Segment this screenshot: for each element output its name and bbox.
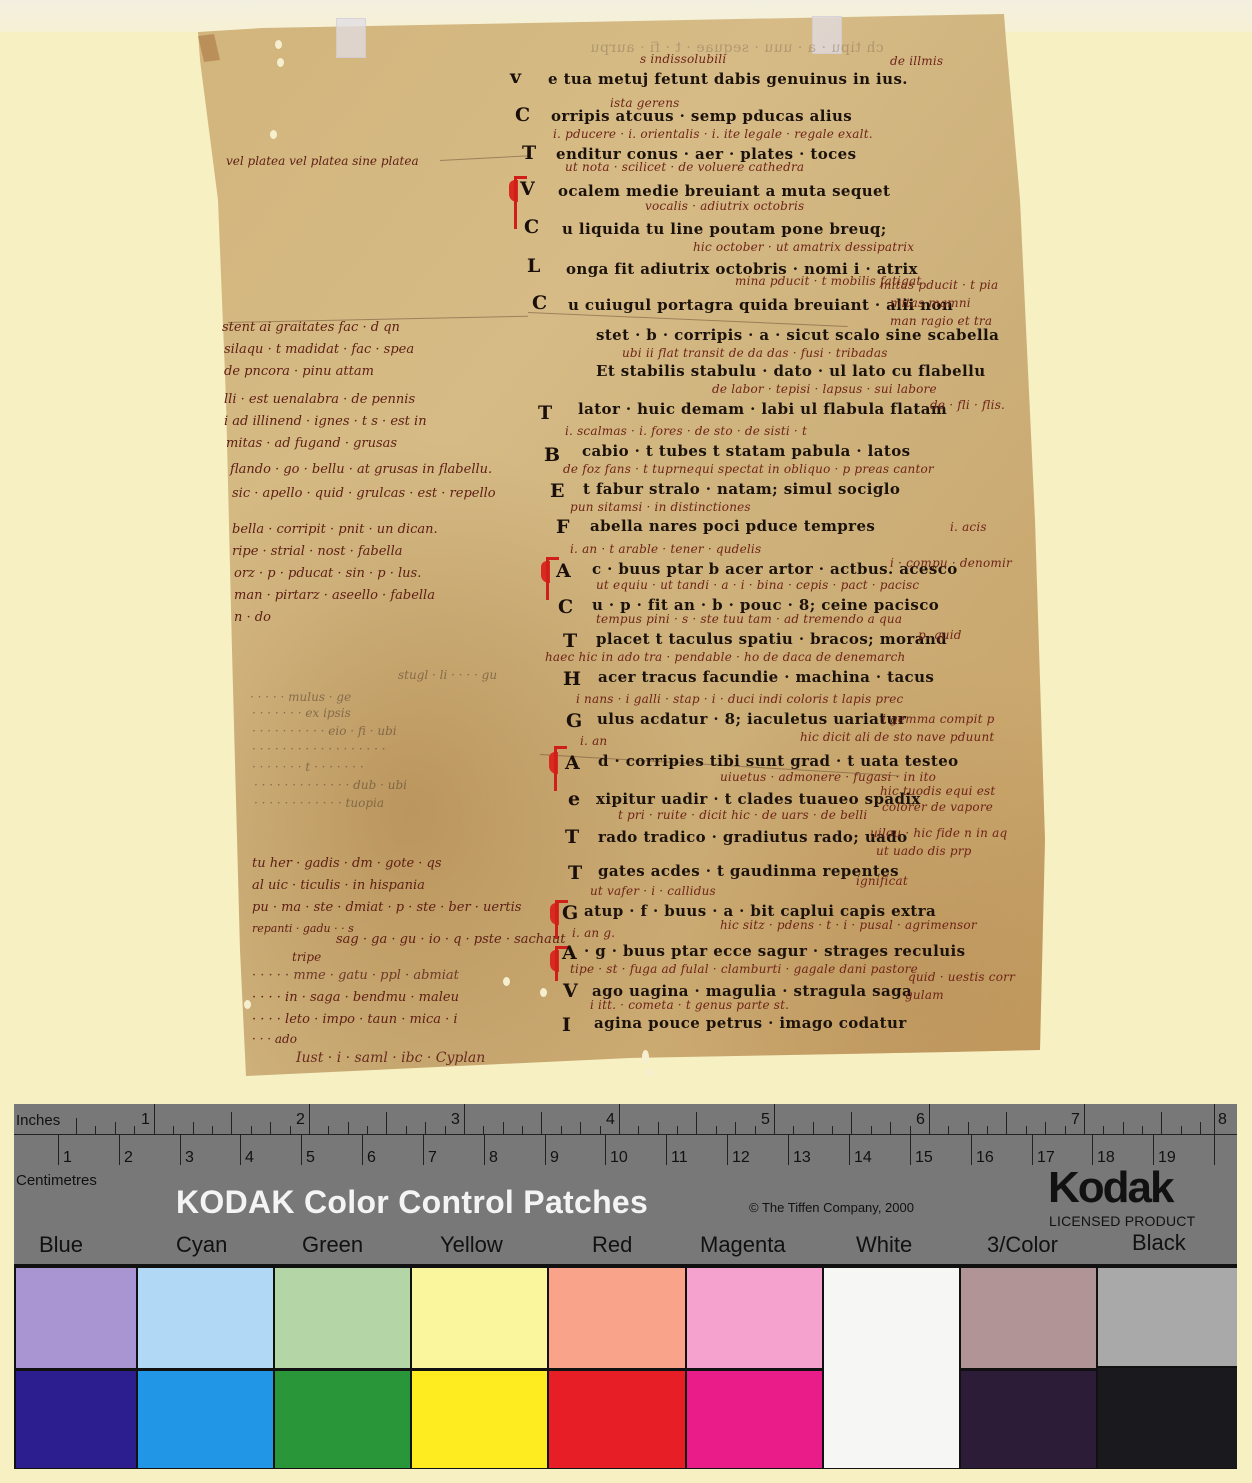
cm-number: 3	[185, 1150, 194, 1166]
kodak-color-card: Inches Centimetres	[14, 1104, 1237, 1266]
patch-green-dark	[275, 1371, 410, 1468]
text-line: orripis atcuus · semp pducas alius	[551, 107, 852, 125]
inch-minor-tick	[367, 1126, 368, 1134]
inch-minor-tick	[716, 1126, 717, 1134]
patch-label-cyan: Cyan	[176, 1232, 227, 1258]
margin-note-line: orz · p · pducat · sin · p · lus.	[234, 566, 421, 581]
inch-minor-tick	[212, 1126, 213, 1134]
cm-tick	[605, 1135, 606, 1165]
cm-tick	[910, 1135, 911, 1165]
cm-tick	[1153, 1135, 1154, 1165]
inch-tick	[1084, 1104, 1085, 1134]
cm-tick	[301, 1135, 302, 1165]
margin-gloss: mitas mamni	[890, 296, 971, 310]
text-line: ulus acdatur · 8; iaculetus uariatur	[597, 710, 906, 728]
interlinear-gloss: i itt. · cometa · t genus parte st.	[590, 998, 789, 1012]
cm-number: 14	[854, 1150, 872, 1166]
margin-gloss: p. quid	[918, 628, 962, 642]
margin-note-line: de pncora · pinu attam	[224, 364, 374, 379]
inch-minor-tick	[1045, 1122, 1046, 1134]
inch-tick	[154, 1104, 155, 1134]
inch-minor-tick	[290, 1126, 291, 1134]
cm-tick	[545, 1135, 546, 1165]
inch-minor-tick	[541, 1112, 542, 1134]
interlinear-gloss: ubi ii flat transit de da das · fusi · t…	[622, 346, 888, 360]
inch-minor-tick	[483, 1126, 484, 1134]
patch-white	[824, 1268, 959, 1468]
inch-minor-tick	[871, 1126, 872, 1134]
inch-minor-tick	[658, 1122, 659, 1134]
patch-label-yellow: Yellow	[440, 1232, 503, 1258]
text-line: e tua metuj fetunt dabis genuinus in ius…	[548, 70, 908, 88]
wormhole	[642, 1050, 649, 1064]
inch-minor-tick	[638, 1126, 639, 1134]
inch-minor-tick	[600, 1126, 601, 1134]
faint-note-line: · · · · · · · · · · · · · dub · ubi	[254, 778, 407, 792]
cm-tick	[58, 1135, 59, 1165]
inch-tick	[1214, 1104, 1215, 1134]
cm-number: 9	[550, 1150, 559, 1166]
inch-number: 1	[141, 1112, 150, 1128]
cm-number: 13	[793, 1150, 811, 1166]
interlinear-gloss: hic october · ut amatrix dessipatrix	[693, 240, 914, 254]
inch-tick	[309, 1104, 310, 1134]
inch-minor-tick	[522, 1126, 523, 1134]
left-margin-note-top: vel platea vel platea sine platea	[226, 154, 419, 168]
text-line: d · corripies tibi sunt grad · t uata te…	[598, 752, 959, 770]
inch-number: 5	[761, 1112, 770, 1128]
inch-minor-tick	[1026, 1126, 1027, 1134]
margin-note-line: flando · go · bellu · at grusas in flabe…	[230, 462, 492, 477]
color-patches	[14, 1264, 1237, 1469]
interlinear-gloss: de foz fans · t tuprnequi spectat in obl…	[563, 462, 934, 476]
patch-green-light	[275, 1268, 410, 1368]
margin-note-line: pu · ma · ste · dmiat · p · ste · ber · …	[252, 900, 521, 915]
manuscript-leaf: ch tipu · a · uuu · sequae · t · fi · au…	[0, 0, 1252, 1090]
cm-tick	[666, 1135, 667, 1165]
line-initial: C	[515, 104, 530, 126]
faint-note-line: · · · · · mulus · ge	[250, 690, 351, 704]
cm-tick	[727, 1135, 728, 1165]
cm-tick	[1032, 1135, 1033, 1165]
line-initial: T	[522, 142, 536, 164]
margin-note-line: tripe	[292, 950, 321, 964]
cm-tick	[849, 1135, 850, 1165]
inch-number: 3	[451, 1112, 460, 1128]
cm-number: 7	[428, 1150, 437, 1166]
patch-3color-dark	[961, 1371, 1096, 1468]
inch-minor-tick	[793, 1126, 794, 1134]
margin-gloss: colorer de vapore	[882, 800, 993, 814]
margin-gloss: hic dicit ali de sto nave pduunt	[800, 730, 994, 744]
cm-tick	[423, 1135, 424, 1165]
interlinear-gloss: tempus pini · s · ste tuu tam · ad treme…	[596, 612, 902, 626]
faint-note-line: stugl · li · · · · gu	[398, 668, 497, 682]
cm-number: 12	[732, 1150, 750, 1166]
interlinear-gloss: vocalis · adiutrix octobris	[645, 199, 804, 213]
inch-minor-tick	[677, 1126, 678, 1134]
interlinear-gloss: ut nota · scilicet · de voluere cathedra	[565, 160, 804, 174]
inch-minor-tick	[1181, 1126, 1182, 1134]
margin-note-line: i ad illinend · ignes · t s · est in	[224, 414, 427, 429]
text-line: agina pouce petrus · imago codatur	[594, 1014, 907, 1032]
bottom-ownership-note: Iust · i · saml · ibc · Cyplan	[296, 1050, 485, 1066]
text-line: cabio · t tubes t statam pabula · latos	[582, 442, 910, 460]
inch-minor-tick	[503, 1122, 504, 1134]
patch-label-green: Green	[302, 1232, 363, 1258]
patch-red-dark	[549, 1371, 685, 1468]
copyright-notice: © The Tiffen Company, 2000	[749, 1200, 914, 1215]
margin-note-line: silaqu · t madidat · fac · spea	[224, 342, 414, 357]
wormhole	[244, 1000, 251, 1009]
line-initial: T	[565, 826, 579, 848]
margin-gloss: hic sitz · pdens · t · i · pusal · agrim…	[720, 918, 977, 932]
margin-gloss: i · compu · denomir	[890, 556, 1012, 570]
patch-label-3color: 3/Color	[987, 1232, 1058, 1258]
inch-minor-tick	[1161, 1112, 1162, 1134]
margin-note-line: sag · ga · gu · io · q · pste · sachaut	[336, 932, 566, 947]
inch-minor-tick	[270, 1122, 271, 1134]
line-initial: e	[568, 788, 580, 810]
cm-tick	[180, 1135, 181, 1165]
inch-minor-tick	[696, 1112, 697, 1134]
interlinear-gloss: t pri · ruite · dicit hic · de uars · de…	[618, 808, 867, 822]
text-line: t fabur stralo · natam; simul sociglo	[583, 480, 900, 498]
inch-minor-tick	[425, 1122, 426, 1134]
cm-number: 16	[976, 1150, 994, 1166]
line-initial: I	[562, 1014, 571, 1036]
patch-red-light	[549, 1268, 685, 1368]
margin-gloss: ignificat	[856, 874, 908, 888]
cm-tick	[788, 1135, 789, 1165]
interlinear-gloss: i. scalmas · i. fores · de sto · de sist…	[565, 424, 807, 438]
inch-minor-tick	[948, 1126, 949, 1134]
faint-note-line: · · · · · · · · · · · · · · · · · ·	[252, 742, 386, 756]
tape-strip-left	[336, 18, 366, 58]
margin-note-line: ripe · strial · nost · fabella	[232, 544, 403, 559]
interlinear-gloss: pun sitamsi · in distinctiones	[570, 500, 751, 514]
patch-blue-dark	[16, 1371, 136, 1468]
margin-gloss: de illmis	[890, 54, 943, 68]
margin-gloss: man ragio et tra	[890, 314, 992, 328]
text-line: gates acdes · t gaudinma repentes	[598, 862, 899, 880]
interlinear-gloss: s indissolubili	[640, 52, 726, 66]
line-initial: A	[565, 752, 580, 774]
line-initial: F	[556, 516, 570, 538]
margin-note-line: sic · apello · quid · grulcas · est · re…	[232, 486, 496, 501]
margin-note-line: mitas · ad fugand · grusas	[226, 436, 397, 451]
faint-note-line: · · · · · · · t · · · · · · ·	[252, 760, 364, 774]
text-line: xipitur uadir · t clades tuaueo spadix	[596, 790, 921, 808]
margin-gloss: i gemma compit p	[882, 712, 995, 726]
inch-number: 4	[606, 1112, 615, 1128]
inch-minor-tick	[813, 1122, 814, 1134]
inch-minor-tick	[1200, 1122, 1201, 1134]
margin-note-line: stent ai graitates fac · d qn	[222, 320, 400, 335]
cm-number: 6	[367, 1150, 376, 1166]
margin-gloss: hic tuodis equi est	[880, 784, 995, 798]
margin-note-line: tu her · gadis · dm · gote · qs	[252, 856, 442, 871]
inch-minor-tick	[1065, 1126, 1066, 1134]
cm-number: 8	[489, 1150, 498, 1166]
inch-minor-tick	[1006, 1112, 1007, 1134]
cm-tick	[1092, 1135, 1093, 1165]
inch-minor-tick	[173, 1126, 174, 1134]
card-title: KODAK Color Control Patches	[176, 1184, 648, 1221]
wormhole	[540, 988, 547, 997]
text-line: stet · b · corripis · a · sicut scalo si…	[596, 326, 999, 344]
inch-minor-tick	[406, 1126, 407, 1134]
cm-tick	[971, 1135, 972, 1165]
text-line: acer tracus facundie · machina · tacus	[598, 668, 934, 686]
line-initial: T	[568, 862, 582, 884]
inch-number: 7	[1071, 1112, 1080, 1128]
margin-gloss: i. acis	[950, 520, 987, 534]
cm-tick	[362, 1135, 363, 1165]
inch-minor-tick	[561, 1126, 562, 1134]
inch-minor-tick	[755, 1126, 756, 1134]
inch-minor-tick	[890, 1122, 891, 1134]
cm-number: 10	[610, 1150, 628, 1166]
margin-note-line: lli · est uenalabra · de pennis	[224, 392, 415, 407]
patch-cyan-light	[138, 1268, 273, 1368]
line-initial: T	[538, 402, 552, 424]
margin-note-line: bella · corripit · pnit · un dican.	[232, 522, 438, 537]
patch-label-magenta: Magenta	[700, 1232, 786, 1258]
text-line: rado tradico · gradiutus rado; uado	[598, 828, 908, 846]
line-initial: T	[563, 630, 577, 652]
margin-note-line: man · pirtarz · aseello · fabella	[234, 588, 435, 603]
inch-minor-tick	[1123, 1122, 1124, 1134]
text-line: lator · huic demam · labi ul flabula fla…	[578, 400, 947, 418]
inch-minor-tick	[251, 1126, 252, 1134]
line-initial: B	[544, 444, 560, 466]
text-line: abella nares poci pduce tempres	[590, 517, 875, 535]
interlinear-gloss: haec hic in ado tra · pendable · ho de d…	[545, 650, 905, 664]
line-initial: G	[562, 902, 578, 924]
margin-gloss: de · fli · flis.	[930, 398, 1005, 412]
inch-tick	[929, 1104, 930, 1134]
text-line: u liquida tu line poutam pone breuq;	[562, 220, 887, 238]
margin-gloss: ut uado dis prp	[876, 844, 972, 858]
margin-note-line: · · · · in · saga · bendmu · maleu	[252, 990, 459, 1005]
margin-note-line: n · do	[234, 610, 271, 625]
patch-label-black: Black	[1132, 1230, 1186, 1256]
patch-cyan-dark	[138, 1371, 273, 1468]
inch-tick	[774, 1104, 775, 1134]
cm-number: 1	[63, 1150, 72, 1166]
inch-minor-tick	[445, 1126, 446, 1134]
inch-minor-tick	[580, 1122, 581, 1134]
inch-number: 8	[1218, 1112, 1227, 1128]
wormhole	[275, 40, 282, 49]
cm-tick	[1214, 1135, 1215, 1165]
line-initial: C	[524, 216, 539, 238]
interlinear-gloss: i nans · i galli · stap · i · duci indi …	[576, 692, 903, 706]
inch-minor-tick	[832, 1126, 833, 1134]
inch-minor-tick	[193, 1122, 194, 1134]
inch-minor-tick	[231, 1112, 232, 1134]
text-line: Et stabilis stabulu · dato · ul lato cu …	[596, 362, 986, 380]
inch-minor-tick	[735, 1122, 736, 1134]
wormhole	[270, 130, 277, 139]
cm-tick	[484, 1135, 485, 1165]
line-initial: G	[566, 710, 582, 732]
patch-black-light	[1098, 1268, 1237, 1366]
wormhole	[503, 977, 510, 986]
margin-gloss: mitas pducit · t pia	[880, 278, 998, 292]
text-line: · g · buus ptar ecce sagur · strages rec…	[584, 942, 965, 960]
cm-number: 11	[671, 1150, 688, 1166]
text-line: ocalem medie breuiant a muta sequet	[558, 182, 890, 200]
faint-note-line: · · · · · · · · · · eio · fi · ubi	[252, 724, 397, 738]
kodak-logo: Kodak	[1048, 1166, 1172, 1210]
cm-number: 5	[306, 1150, 315, 1166]
inches-label: Inches	[16, 1113, 60, 1128]
line-initial: L	[527, 255, 540, 277]
line-initial: V	[563, 980, 578, 1002]
interlinear-gloss: tipe · st · fuga ad fulal · clamburti · …	[570, 962, 918, 976]
inch-minor-tick	[1103, 1126, 1104, 1134]
margin-note-line: al uic · ticulis · in hispania	[252, 878, 425, 893]
inch-tick	[619, 1104, 620, 1134]
margin-note-line: · · · ado	[252, 1032, 297, 1046]
interlinear-gloss: i. an	[580, 734, 607, 748]
cm-tick	[119, 1135, 120, 1165]
patch-magenta-dark	[687, 1371, 822, 1468]
patch-yellow-dark	[412, 1371, 547, 1468]
line-initial: C	[532, 292, 547, 314]
inch-tick	[464, 1104, 465, 1134]
line-initial: C	[558, 596, 573, 618]
margin-gloss: gulam	[905, 988, 944, 1002]
line-initial: v	[510, 66, 521, 88]
margin-gloss: quid · uestis corr	[908, 970, 1015, 984]
wormhole	[277, 58, 284, 67]
inch-minor-tick	[968, 1122, 969, 1134]
cm-number: 15	[915, 1150, 933, 1166]
interlinear-gloss: ut vafer · i · callidus	[590, 884, 716, 898]
inch-minor-tick	[328, 1126, 329, 1134]
faint-note-line: · · · · · · · ex ipsis	[252, 706, 351, 720]
text-line: placet t taculus spatiu · bracos; morand	[596, 630, 947, 648]
show-through-text: ch tipu · a · uuu · sequae · t · fi · au…	[590, 40, 884, 56]
inch-minor-tick	[851, 1112, 852, 1134]
patch-blue-light	[16, 1268, 136, 1368]
line-initial: A	[556, 560, 571, 582]
patch-label-blue: Blue	[39, 1232, 83, 1258]
patch-black-dark	[1098, 1368, 1237, 1468]
inch-minor-tick	[134, 1126, 135, 1134]
cm-tick	[240, 1135, 241, 1165]
inch-minor-tick	[115, 1122, 116, 1134]
licensed-product-label: LICENSED PRODUCT	[1049, 1213, 1195, 1229]
inch-minor-tick	[76, 1118, 77, 1134]
margin-note-line: · · · · · mme · gatu · ppl · abmiat	[252, 968, 459, 983]
patch-magenta-light	[687, 1268, 822, 1368]
line-initial: E	[550, 480, 564, 502]
faint-note-line: · · · · · · · · · · · · tuopia	[254, 796, 384, 810]
interlinear-gloss: i. pducere · i. orientalis · i. ite lega…	[553, 127, 873, 141]
inch-minor-tick	[386, 1112, 387, 1134]
inch-minor-tick	[348, 1122, 349, 1134]
patch-label-white: White	[856, 1232, 912, 1258]
interlinear-gloss: de labor · tepisi · lapsus · sui labore	[712, 382, 937, 396]
inch-minor-tick	[1142, 1126, 1143, 1134]
patch-label-red: Red	[592, 1232, 632, 1258]
interlinear-gloss: i. an g.	[572, 926, 615, 940]
inch-number: 2	[296, 1112, 305, 1128]
line-initial: H	[563, 668, 581, 690]
interlinear-gloss: uiuetus · admonere · fugasi · in ito	[720, 770, 936, 784]
patch-yellow-light	[412, 1268, 547, 1368]
inch-minor-tick	[910, 1126, 911, 1134]
wormhole	[646, 1068, 653, 1077]
inch-minor-tick	[987, 1126, 988, 1134]
inch-minor-tick	[95, 1126, 96, 1134]
centimetres-label: Centimetres	[16, 1173, 97, 1188]
cm-number: 4	[245, 1150, 254, 1166]
interlinear-gloss: i. an · t arable · tener · qudelis	[570, 542, 761, 556]
margin-note-line: · · · · leto · impo · taun · mica · i	[252, 1012, 458, 1027]
line-initial: V	[520, 178, 535, 200]
patch-3color-light	[961, 1268, 1096, 1368]
margin-gloss: uilou · hic fide n in aq	[870, 826, 1007, 840]
interlinear-gloss: ut equiu · ut tandi · a · i · bina · cep…	[596, 578, 919, 592]
ruler-axis	[14, 1134, 1237, 1135]
cm-number: 2	[124, 1150, 133, 1166]
inch-number: 6	[916, 1112, 925, 1128]
